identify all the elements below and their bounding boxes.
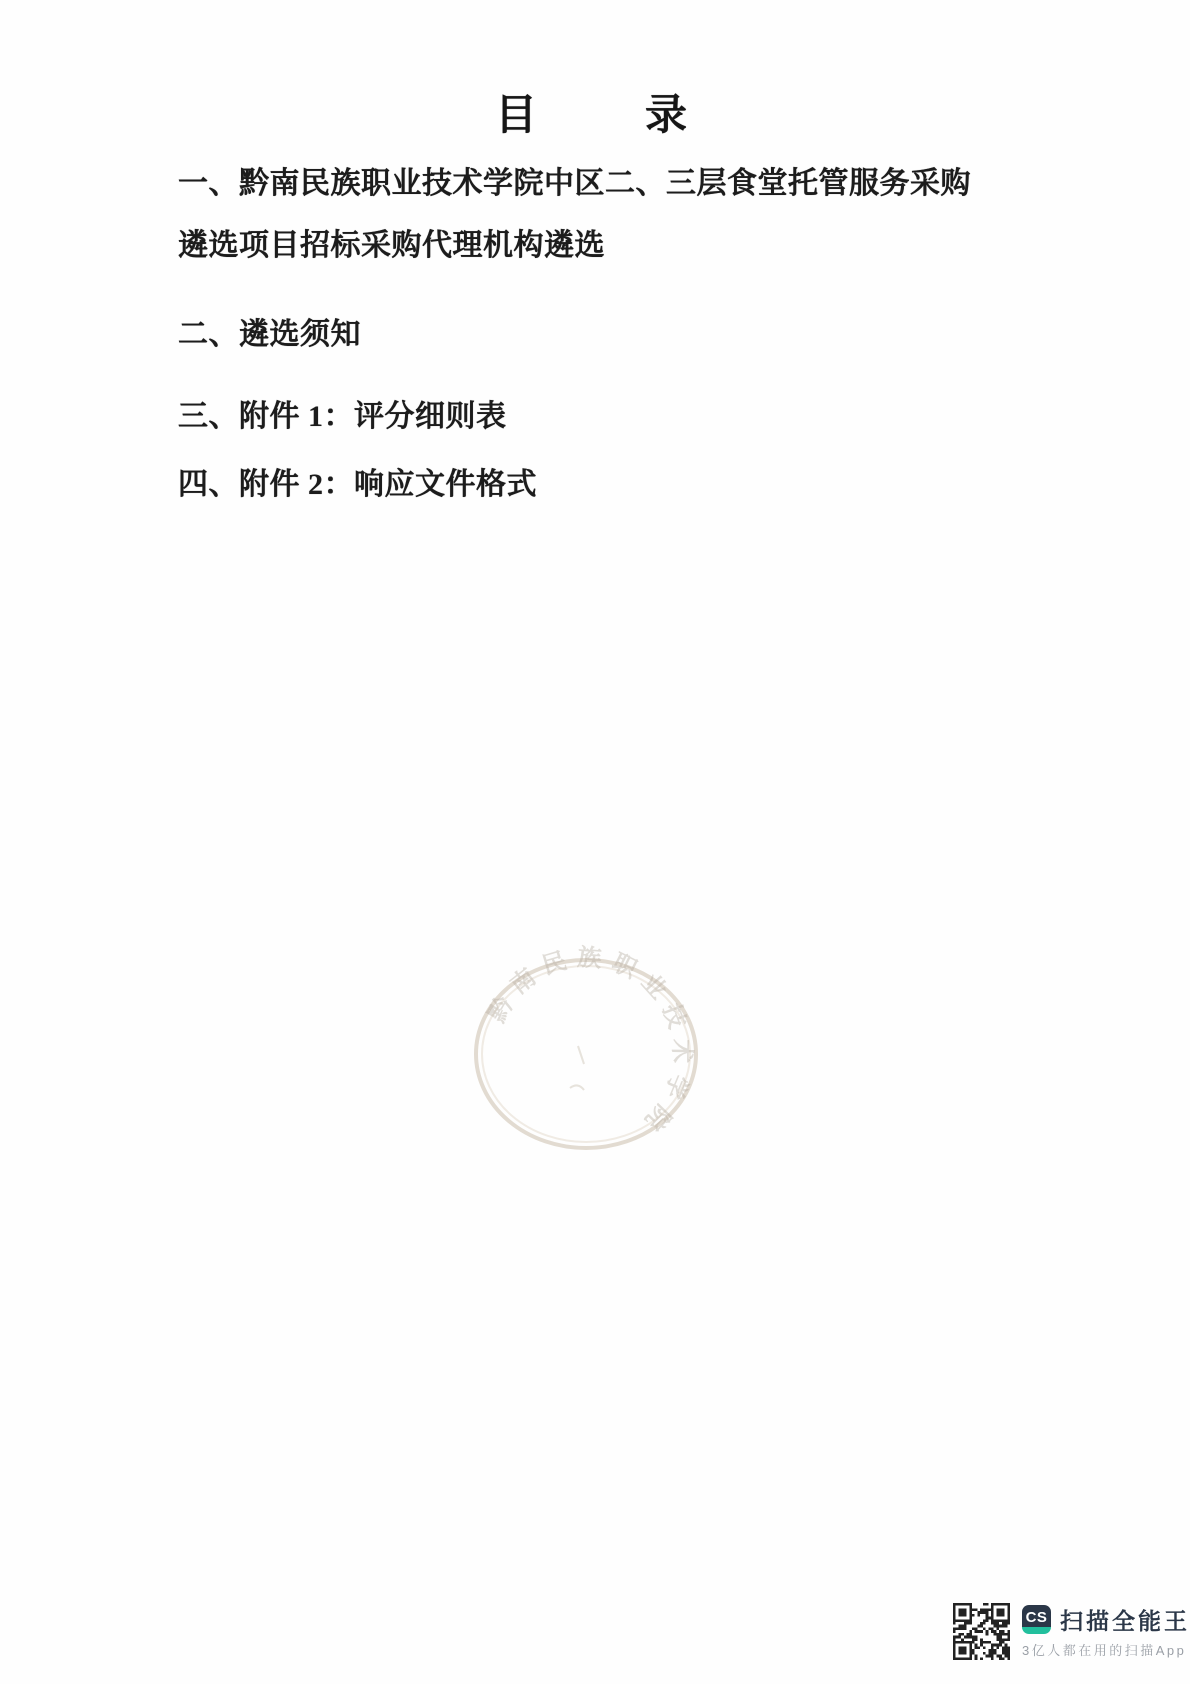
camscanner-app-icon: CS — [1022, 1605, 1051, 1634]
seal-smudge — [570, 1046, 584, 1090]
seal-arc-text: 黔南民族职业技术学院 — [482, 944, 695, 1142]
seal-ring-inner — [482, 966, 690, 1142]
camscanner-tagline: 3亿人都在用的扫描App — [1022, 1640, 1190, 1659]
toc-item-3: 三、附件 1：评分细则表 — [178, 391, 507, 435]
toc-item-2: 二、遴选须知 — [178, 309, 361, 353]
camscanner-brand-block: CS 扫描全能王 3亿人都在用的扫描App — [1022, 1603, 1190, 1659]
camscanner-app-name: 扫描全能王 — [1060, 1603, 1190, 1636]
scanned-document-page: 目 录 一、黔南民族职业技术学院中区二、三层食堂托管服务采购 遴选项目招标采购代… — [0, 0, 1190, 1684]
camscanner-watermark: CS 扫描全能王 3亿人都在用的扫描App — [953, 1603, 1190, 1660]
page-title: 目 录 — [0, 82, 1190, 142]
toc-item-1-line-2: 遴选项目招标采购代理机构遴选 — [178, 220, 605, 264]
qr-code-icon — [953, 1603, 1010, 1660]
seal-stamp-ghost: 黔南民族职业技术学院 — [458, 938, 738, 1178]
seal-ring — [476, 960, 696, 1148]
toc-item-4: 四、附件 2：响应文件格式 — [178, 459, 537, 503]
toc-item-1-line-1: 一、黔南民族职业技术学院中区二、三层食堂托管服务采购 — [178, 158, 971, 202]
